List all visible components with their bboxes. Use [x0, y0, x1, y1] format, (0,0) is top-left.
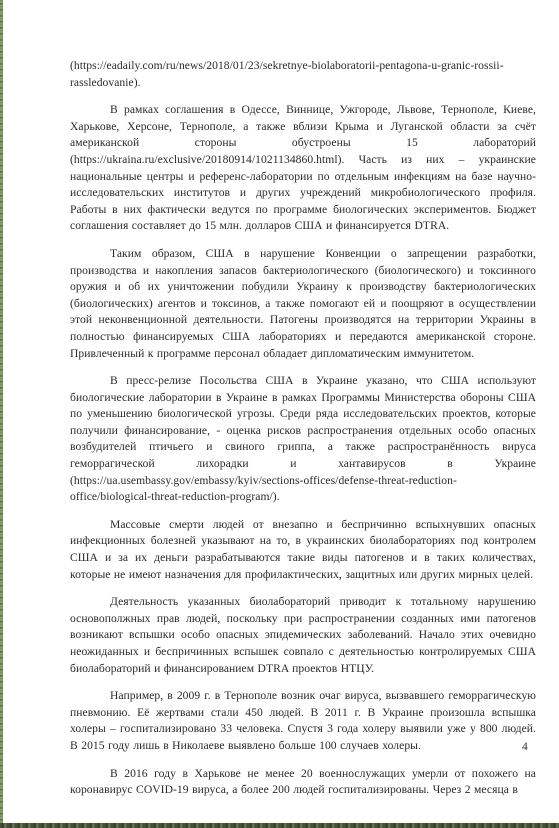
- paragraph-embassy-press-release: В пресс-релизе Посольства США в Украине …: [70, 373, 536, 506]
- scan-edge-bottom: [0, 823, 559, 828]
- paragraph-outbreak-examples: Например, в 2009 г. в Тернополе возник о…: [70, 688, 536, 754]
- paragraph-convention-violation: Таким образом, США в нарушение Конвенции…: [70, 246, 536, 362]
- paragraph-laboratories-agreement: В рамках соглашения в Одессе, Виннице, У…: [70, 102, 536, 235]
- paragraph-mass-deaths: Массовые смерти людей от внезапно и бесп…: [70, 517, 536, 583]
- paragraph-rights-violation: Деятельность указанных биолабораторий пр…: [70, 594, 536, 677]
- paragraph-source-link-1: (https://eadaily.com/ru/news/2018/01/23/…: [70, 58, 536, 91]
- document-page: (https://eadaily.com/ru/news/2018/01/23/…: [70, 58, 536, 810]
- page-number: 4: [522, 740, 528, 753]
- scan-edge-left: [0, 0, 3, 828]
- paragraph-kharkiv-2016: В 2016 году в Харькове не менее 20 военн…: [70, 766, 536, 799]
